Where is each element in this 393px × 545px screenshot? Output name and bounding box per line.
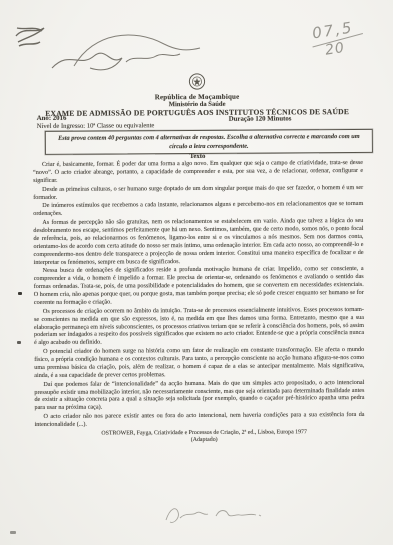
handwritten-grade: 07,5 20 [307, 15, 379, 80]
paragraph: De inúmeros estímulos que recebemos a ca… [33, 201, 363, 219]
paragraph: O acto criador não nos parece existir an… [35, 412, 365, 430]
citation-line1: OSTROWER, Fayga, Criatividade e Processo… [101, 429, 307, 436]
paragraph: Os processos de criação ocorrem no âmbit… [34, 307, 364, 348]
reading-text: Criar é, basicamente, formar. É poder da… [33, 160, 365, 447]
paragraph: Daí que podemos falar de “intencionalida… [34, 380, 364, 414]
paragraph: Desde as primeiras culturas, o ser human… [33, 185, 363, 203]
mozambique-emblem-icon [188, 73, 205, 90]
exam-duration: Duração 120 Minutos [229, 115, 292, 122]
exam-year: Ano: 2016 [37, 115, 67, 122]
handwritten-signature-top-left [14, 22, 214, 74]
handwritten-signature-bottom [160, 500, 270, 530]
citation-line2: (Adaptado) [35, 436, 365, 446]
scan-artifact [17, 341, 21, 344]
scan-artifact [10, 531, 16, 534]
paragraph: Nessa busca de ordenações de significado… [34, 266, 364, 307]
typed-document: República de Moçambique Ministério da Sa… [0, 0, 393, 1]
source-citation: OSTROWER, Fayga, Criatividade e Processo… [35, 429, 365, 446]
paragraph: Criar é, basicamente, formar. É poder da… [33, 160, 363, 186]
paragraph: O potencial criador do homem surge na hi… [34, 347, 364, 381]
paragraph: As formas de percepção não são gratuitas… [33, 218, 363, 267]
entry-level: Nível de Ingresso: 10ª Classe ou equival… [37, 122, 155, 130]
scanned-exam-page: 07,5 20 República de Moçambique Ministér… [0, 0, 393, 545]
scan-artifact [18, 292, 22, 295]
